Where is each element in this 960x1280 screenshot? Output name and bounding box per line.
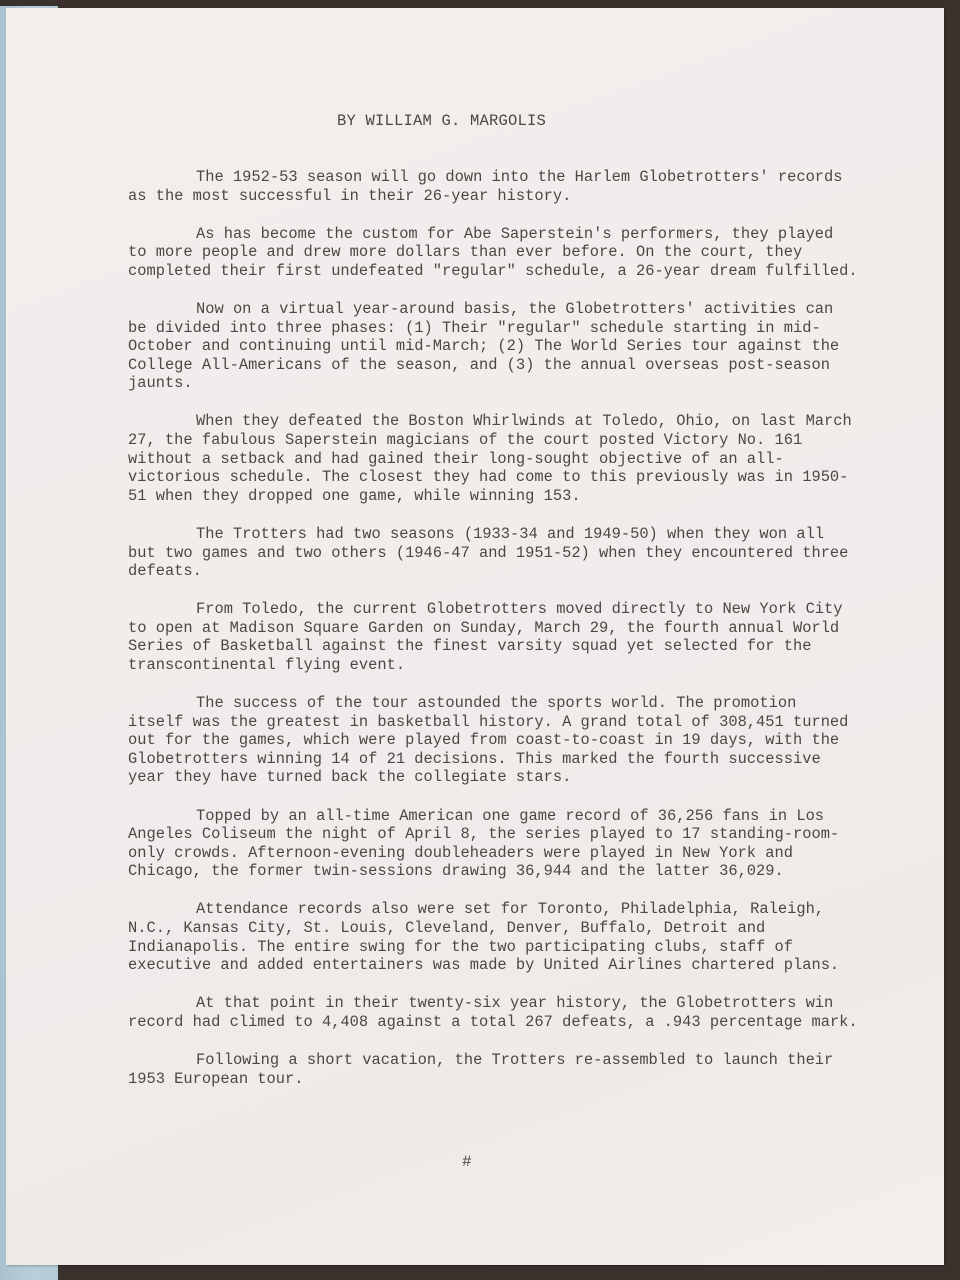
paragraph: As has become the custom for Abe Saperst… (128, 225, 858, 281)
paragraph: The Trotters had two seasons (1933-34 an… (128, 525, 858, 581)
paragraph: At that point in their twenty-six year h… (128, 994, 858, 1031)
paragraph: The success of the tour astounded the sp… (128, 694, 858, 787)
paragraph: The 1952-53 season will go down into the… (128, 168, 858, 205)
end-mark: # (462, 1153, 472, 1171)
paragraph: Following a short vacation, the Trotters… (128, 1051, 858, 1088)
paragraph: Attendance records also were set for Tor… (128, 900, 858, 974)
byline: BY WILLIAM G. MARGOLIS (337, 112, 546, 130)
paragraph: Now on a virtual year-around basis, the … (128, 300, 858, 393)
article-body: The 1952-53 season will go down into the… (128, 168, 858, 1108)
paragraph: When they defeated the Boston Whirlwinds… (128, 412, 858, 505)
paragraph: Topped by an all-time American one game … (128, 807, 858, 881)
paragraph: From Toledo, the current Globetrotters m… (128, 600, 858, 674)
